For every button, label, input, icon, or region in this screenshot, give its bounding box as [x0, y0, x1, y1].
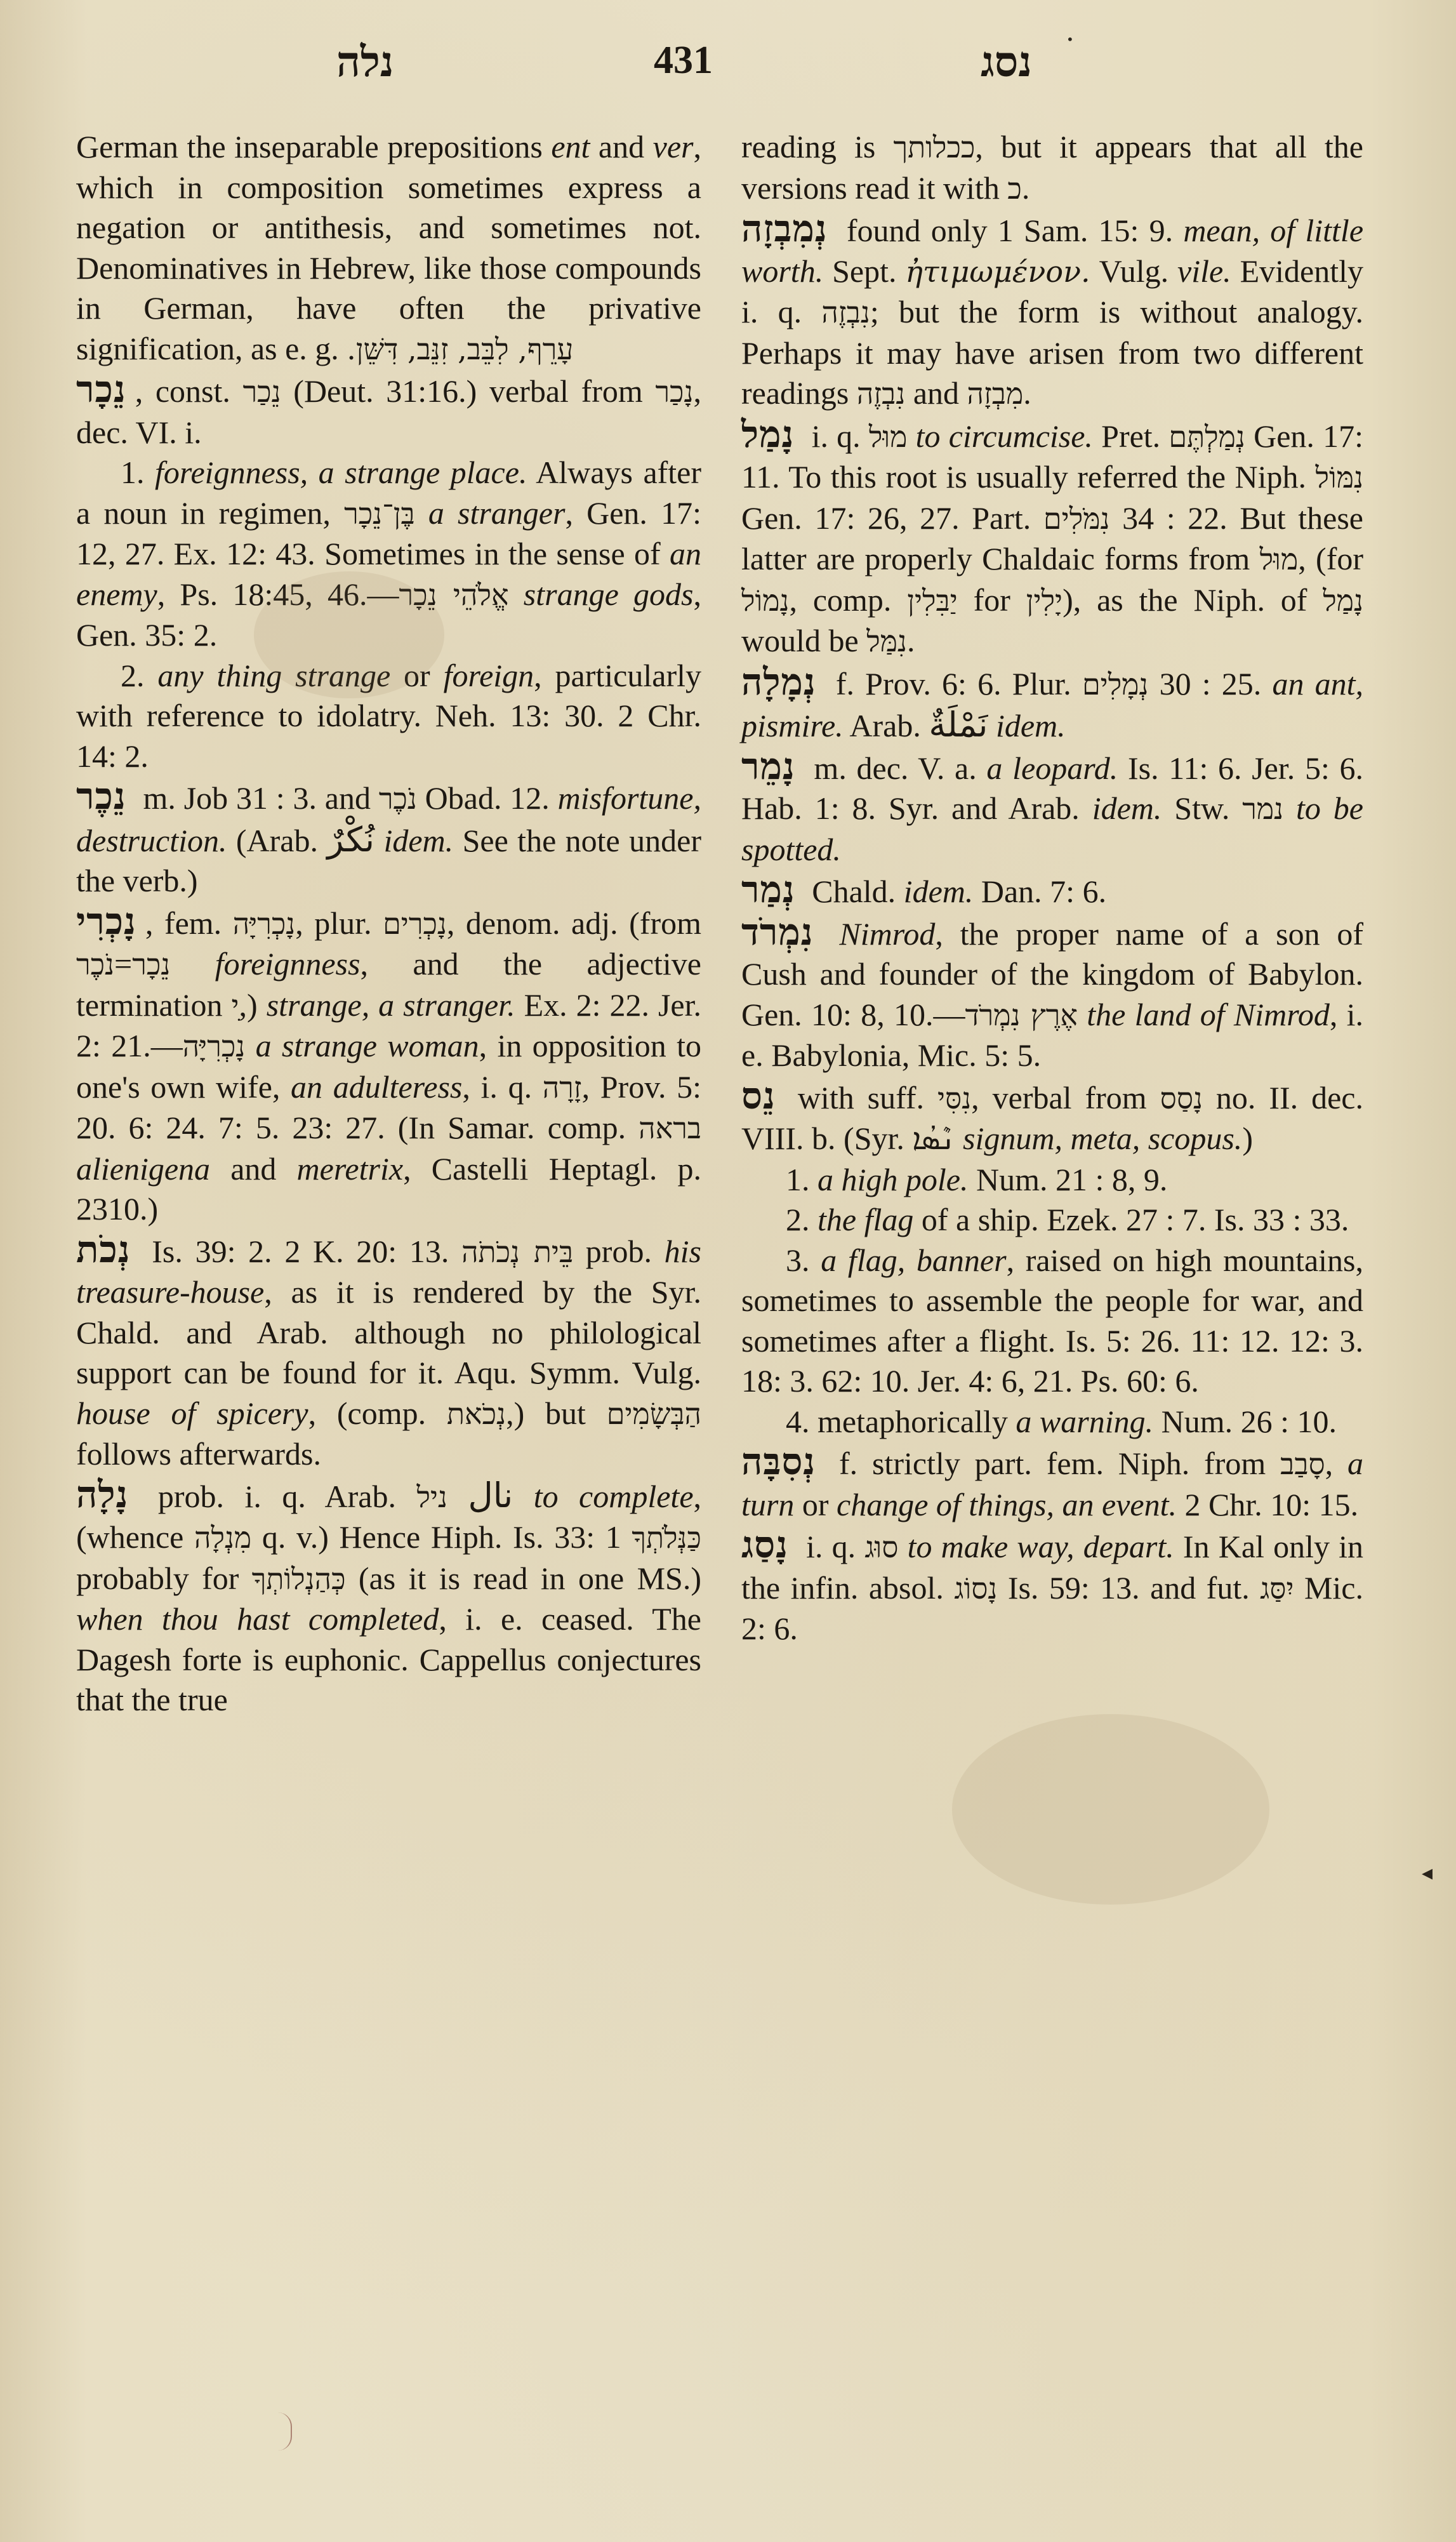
entry-headword: נָמֵר: [741, 745, 795, 788]
entry-headword: נֵס: [741, 1074, 776, 1117]
body-text: 2.: [786, 1202, 817, 1237]
body-text: of a ship. Ezek. 27 : 7. Is. 33 : 33.: [913, 1202, 1349, 1237]
body-text: and: [210, 1151, 296, 1187]
right-column: reading is ככלותך, but it appears that a…: [741, 127, 1363, 1649]
hebrew-word: כְּהַנְלוֹתְךָ: [252, 1562, 346, 1596]
entry-continuation: German the inseparable prepositions ent …: [76, 127, 701, 369]
hebrew-word: נָסַס: [1160, 1081, 1203, 1115]
dictionary-entry: נְמִבְזָה found only 1 Sam. 15: 9. mean,…: [741, 209, 1363, 415]
dictionary-entry: נְמַר Chald. idem. Dan. 7: 6.: [741, 870, 1363, 912]
entry-headword: נְמָלָה: [741, 660, 816, 703]
dictionary-entry: נֵכֶר m. Job 31 : 3. and נֹכֶר Obad. 12.…: [76, 776, 701, 902]
italic-gloss: change of things, an event.: [837, 1487, 1177, 1522]
body-text: prob.: [573, 1234, 665, 1269]
hebrew-word: ִי: [231, 988, 239, 1023]
body-text: 1.: [786, 1162, 817, 1197]
hebrew-word: מוּל: [1260, 542, 1299, 576]
italic-gloss: Nimrod: [839, 916, 935, 952]
body-text: [898, 1529, 907, 1564]
body-text: (as it is read in one MS.): [346, 1560, 701, 1596]
italic-gloss: a high pole.: [817, 1162, 968, 1197]
dictionary-entry: נָמֵר m. dec. V. a. a leopard. Is. 11: 6…: [741, 747, 1363, 870]
hebrew-word: נָכַר: [655, 375, 693, 409]
entry-headword: נְסִבָּה: [741, 1440, 816, 1483]
entry-headword: נְכֹת: [76, 1228, 131, 1271]
running-head: נלה 431 נסג: [0, 32, 1456, 102]
body-text: , plur.: [295, 905, 383, 941]
italic-gloss: vile.: [1177, 253, 1231, 289]
hebrew-word: סוּג: [864, 1530, 898, 1564]
hebrew-word: נְמָלִים: [1082, 667, 1149, 702]
body-text: and: [590, 129, 652, 164]
running-head-right-word: נסג: [981, 37, 1032, 87]
hebrew-word: נָכְרִיָּה: [183, 1029, 246, 1063]
hebrew-word: יִסַּג: [1260, 1571, 1294, 1606]
body-text: 30 : 25.: [1148, 666, 1272, 702]
entry-headword: נָסַג: [741, 1523, 788, 1566]
italic-gloss: ver: [653, 129, 694, 164]
body-text: .: [1022, 170, 1030, 206]
body-text: q. v.) Hence Hiph. Is. 33: 1: [251, 1519, 632, 1555]
body-text: i. q.: [803, 418, 868, 454]
body-text: i. q.: [797, 1529, 864, 1564]
hebrew-word: סָבַב: [1280, 1447, 1325, 1481]
body-text: follows afterwards.: [76, 1436, 321, 1472]
body-text: or: [794, 1487, 837, 1522]
body-text: , verbal from: [971, 1080, 1160, 1115]
body-text: f. strictly part. fem. Niph. from: [824, 1446, 1280, 1481]
left-column: German the inseparable prepositions ent …: [76, 127, 701, 1720]
paper-stain: [952, 1714, 1269, 1905]
body-text: [988, 708, 996, 743]
body-text: 3.: [786, 1242, 821, 1278]
body-text: [955, 1121, 963, 1156]
hebrew-word: נִסִּי: [937, 1081, 971, 1115]
entry-sense: 4. metaphorically a warning. Num. 26 : 1…: [741, 1402, 1363, 1442]
italic-gloss: to make way, depart.: [908, 1529, 1174, 1564]
italic-gloss: to circumcise.: [916, 418, 1093, 454]
body-text: reading is: [741, 129, 894, 164]
italic-gloss: the flag: [817, 1202, 913, 1237]
italic-gloss: idem.: [1092, 790, 1162, 826]
italic-gloss: strange, a stranger.: [267, 987, 515, 1023]
italic-gloss: idem.: [383, 823, 453, 858]
hebrew-word: נָמַל: [1323, 583, 1363, 618]
body-text: [823, 916, 840, 952]
body-text: , (for: [1298, 541, 1363, 576]
hebrew-word: נֵכַר: [243, 375, 281, 409]
body-text: ): [1242, 1121, 1253, 1156]
body-text: , const.: [135, 373, 243, 409]
hebrew-word: מִנְלָה: [194, 1521, 251, 1555]
hebrew-word: זָרָה: [543, 1070, 582, 1105]
body-text: (Arab.: [227, 823, 327, 858]
body-text: m. Job 31 : 3. and: [135, 780, 379, 816]
arabic-word: نَمْلَةٌ: [929, 705, 988, 745]
entry-headword: נָמַל: [741, 413, 794, 456]
margin-ink-mark: ◂: [1422, 1860, 1433, 1886]
body-text: and: [905, 375, 967, 411]
italic-gloss: strange gods: [524, 576, 694, 612]
hebrew-word: ניל: [416, 1480, 447, 1514]
body-text: [245, 1028, 255, 1063]
body-text: Pret.: [1093, 418, 1168, 454]
hebrew-word: בֶּן־נֵכָר: [344, 496, 415, 531]
body-text: [509, 576, 524, 612]
body-text: with suff.: [784, 1080, 937, 1115]
body-text: Num. 21 : 8, 9.: [968, 1162, 1167, 1197]
body-text: [513, 1479, 533, 1514]
hebrew-word: נְכֹאת: [447, 1397, 506, 1431]
entry-sense: 3. a flag, banner, raised on high mounta…: [741, 1241, 1363, 1402]
arabic-word: نُكْرٌ: [327, 820, 374, 860]
body-text: [1283, 790, 1296, 826]
hebrew-word: כ: [1007, 171, 1021, 206]
entry-headword: נֵכָר: [76, 368, 126, 411]
body-text: 4. metaphorically: [786, 1404, 1016, 1439]
body-text: , which in composition sometimes express…: [76, 129, 701, 366]
dictionary-entry: נָמַל i. q. מוּל to circumcise. Pret. נְ…: [741, 415, 1363, 662]
body-text: Is. 39: 2. 2 K. 20: 13.: [140, 1234, 461, 1269]
body-text: , comp.: [790, 582, 908, 618]
body-text: German the inseparable prepositions: [76, 129, 551, 164]
body-text: .: [1023, 375, 1031, 411]
dictionary-entry: נָסַג i. q. סוּג to make way, depart. In…: [741, 1525, 1363, 1649]
dictionary-entry: נִמְרֹד Nimrod, the proper name of a son…: [741, 912, 1363, 1076]
italic-gloss: idem.: [904, 874, 974, 909]
hebrew-word: מִבְזָה: [967, 376, 1024, 411]
body-text: ,) but: [506, 1395, 607, 1431]
syriac-word: ܢܶܣܳܐ: [912, 1122, 955, 1156]
body-text: Is. 59: 13. and fut.: [997, 1570, 1260, 1606]
italic-gloss: ent: [551, 129, 590, 164]
hebrew-word: נָכְרִיָּה: [233, 907, 296, 941]
hebrew-word: אֶרֶץ נִמְרֹד: [965, 998, 1078, 1032]
body-text: Stw.: [1161, 790, 1242, 826]
entry-headword: נָכְרִי: [76, 900, 136, 943]
italic-gloss: when thou hast completed: [76, 1601, 439, 1637]
body-text: 1.: [121, 455, 155, 490]
body-text: [374, 823, 383, 858]
entry-headword: נֵכֶר: [76, 775, 126, 818]
hebrew-word: ככלותך: [894, 130, 976, 164]
stray-hair-mark: [278, 2412, 292, 2451]
body-text: .: [907, 623, 915, 658]
body-text: [415, 495, 428, 531]
hebrew-word: נָסוֹג: [954, 1571, 997, 1606]
hebrew-word: נָכְרִים: [383, 907, 447, 941]
italic-gloss: meretrix: [297, 1151, 404, 1187]
hebrew-word: נֹכֶר: [379, 782, 417, 816]
dictionary-entry: נָכְרִי, fem. נָכְרִיָּה, plur. נָכְרִים…: [76, 902, 701, 1230]
entry-continuation: reading is ככלותך, but it appears that a…: [741, 127, 1363, 209]
body-text: probably for: [76, 1560, 252, 1596]
hebrew-word: עָרֵף, לִבֵּב, זִנֵּב, דִּשֵּׁן.: [347, 332, 573, 366]
dictionary-entry: נָלָה prob. i. q. Arab. ניל نال to compl…: [76, 1475, 701, 1720]
body-text: (Deut. 31:16.) verbal from: [281, 373, 656, 409]
greek-word: ἠτιμωμένον.: [905, 255, 1090, 289]
hebrew-word: נֹכֶר: [76, 947, 114, 982]
italic-gloss: a leopard.: [986, 750, 1118, 786]
hebrew-word: נָמוֹל: [741, 583, 790, 618]
arabic-word: نال: [468, 1475, 513, 1515]
hebrew-word: נִבְזֶה: [821, 295, 870, 329]
hebrew-word: יָלִין: [1026, 583, 1062, 618]
body-text: would be: [741, 623, 866, 658]
body-text: f. Prov. 6: 6. Plur.: [825, 666, 1082, 702]
entry-sense: 1. a high pole. Num. 21 : 8, 9.: [741, 1160, 1363, 1201]
dictionary-entry: נְסִבָּה f. strictly part. fem. Niph. fr…: [741, 1442, 1363, 1525]
italic-gloss: a strange woman: [256, 1028, 479, 1063]
italic-gloss: signum, meta, scopus.: [963, 1121, 1242, 1156]
body-text: Vulg.: [1090, 253, 1177, 289]
margin-dot-mark: •: [1066, 32, 1074, 47]
hebrew-word: נִמַּל: [866, 624, 907, 658]
italic-gloss: a warning.: [1016, 1404, 1153, 1439]
italic-gloss: an adulteress: [291, 1069, 462, 1105]
body-text: , fem.: [145, 905, 233, 941]
body-text: [447, 1479, 468, 1514]
body-text: , i. q.: [462, 1069, 542, 1105]
body-text: ,): [239, 987, 267, 1023]
entry-headword: נִמְרֹד: [741, 910, 814, 954]
running-head-left-word: נלה: [336, 37, 394, 87]
hebrew-word: נֵכָר: [132, 947, 170, 982]
body-text: Obad. 12.: [417, 780, 558, 816]
italic-gloss: the land of Nimrod: [1087, 997, 1330, 1032]
italic-gloss: a stranger: [428, 495, 566, 531]
body-text: [1078, 997, 1087, 1032]
body-text: Arab.: [844, 708, 929, 743]
body-text: Chald.: [804, 874, 904, 909]
hebrew-word: נְמַלְתֶּם: [1168, 420, 1245, 454]
body-text: m. dec. V. a.: [804, 750, 987, 786]
body-text: for: [958, 582, 1026, 618]
body-text: [907, 418, 915, 454]
body-text: 2.: [121, 658, 157, 693]
body-text: =: [114, 946, 132, 982]
hebrew-word: נמר: [1242, 792, 1283, 826]
paper-stain: [254, 571, 444, 698]
hebrew-word: נִמּוֹל: [1315, 460, 1363, 495]
hebrew-word: בֵּית נְכֹתֹה: [461, 1235, 573, 1269]
entry-headword: נְמִבְזָה: [741, 207, 828, 250]
hebrew-word: הַבְּשָׂמִים: [607, 1397, 701, 1431]
italic-gloss: a flag, banner: [821, 1242, 1006, 1278]
hebrew-word: יַבִּלִין: [907, 583, 958, 618]
entry-sense: 2. the flag of a ship. Ezek. 27 : 7. Is.…: [741, 1200, 1363, 1241]
entry-headword: נָלָה: [76, 1473, 128, 1516]
italic-gloss: house of spicery: [76, 1395, 308, 1431]
body-text: prob. i. q. Arab.: [137, 1479, 416, 1514]
hebrew-word: נִבְזֶה: [857, 376, 905, 411]
body-text: found only 1 Sam. 15: 9.: [837, 213, 1184, 248]
hebrew-word: בראה: [639, 1111, 701, 1145]
italic-gloss: foreignness, a strange place.: [155, 455, 527, 490]
dictionary-entry: נֵס with suff. נִסִּי, verbal from נָסַס…: [741, 1076, 1363, 1160]
italic-gloss: foreignness: [215, 946, 361, 982]
body-text: 2 Chr. 10: 15.: [1177, 1487, 1358, 1522]
body-text: Num. 26 : 10.: [1153, 1404, 1337, 1439]
body-text: ,: [1325, 1446, 1347, 1481]
dictionary-entry: נֵכָר, const. נֵכַר (Deut. 31:16.) verba…: [76, 369, 701, 453]
italic-gloss: alienigena: [76, 1151, 210, 1187]
hebrew-word: כַּנְּלֹתְךָ: [632, 1521, 701, 1555]
body-text: [170, 946, 215, 982]
dictionary-entry: נְמָלָה f. Prov. 6: 6. Plur. נְמָלִים 30…: [741, 662, 1363, 747]
body-text: Gen. 17: 26, 27. Part.: [741, 500, 1043, 536]
italic-gloss: foreign: [444, 658, 534, 693]
entry-headword: נְמַר: [741, 868, 795, 911]
italic-gloss: to complete: [534, 1479, 694, 1514]
body-text: , (comp.: [308, 1395, 447, 1431]
hebrew-word: מוּל: [869, 420, 908, 454]
italic-gloss: idem.: [996, 708, 1066, 743]
body-text: Sept.: [823, 253, 905, 289]
body-text: ), as the Niph. of: [1062, 582, 1323, 618]
dictionary-entry: נְכֹת Is. 39: 2. 2 K. 20: 13. בֵּית נְכֹ…: [76, 1230, 701, 1475]
body-text: , denom. adj. (from: [447, 905, 701, 941]
body-text: Dan. 7: 6.: [973, 874, 1106, 909]
hebrew-word: נִמֹּלִים: [1043, 502, 1110, 536]
page-number: 431: [654, 38, 713, 83]
